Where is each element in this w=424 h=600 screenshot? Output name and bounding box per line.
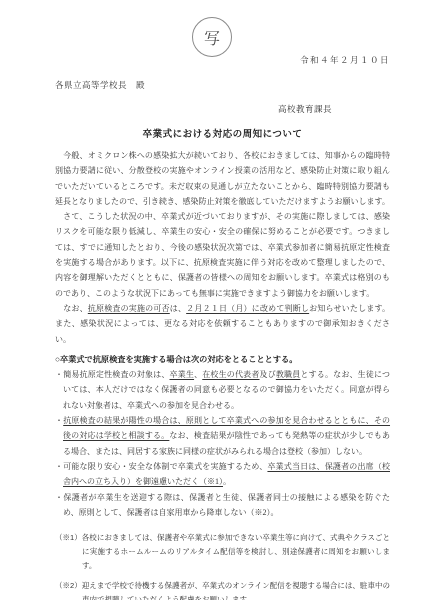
- paragraph-3-text: なお、: [55, 304, 88, 313]
- footnote-1: （※1）各校におきましては、保護者や卒業式に参加できない卒業生等に向けて、式典や…: [55, 531, 390, 573]
- paragraph-3: なお、抗原検査の実施の可否は、２月２１日（月）に改めて判断しお知らせいたします。…: [55, 301, 390, 347]
- bullet-item-pickup: ・保護者が卒業生を送迎する際は、保護者と生徒、保護者同士の接触による感染を防ぐた…: [55, 490, 390, 521]
- section-heading: ○卒業式で抗原検査を実施する場合は次の対応をとることとする。: [55, 352, 390, 367]
- footnote-2: （※2）迎えまで学校で待機する保護者が、卒業式のオンライン配信を視聴する場合には…: [55, 579, 390, 600]
- sender-line: 高校教育課長: [55, 104, 390, 115]
- footnote-text: 迎えまで学校で待機する保護者が、卒業式のオンライン配信を視聴する場合には、駐車中…: [82, 581, 390, 600]
- bullet-underlined-text: 卒業生: [170, 370, 195, 379]
- bullet-text: 可能な限り安心・安全な体制で卒業式を実施するため、: [63, 462, 267, 471]
- footnote-marker: （※2）: [55, 581, 82, 590]
- copy-stamp-label: 写: [204, 26, 220, 49]
- bullet-text: 保護者が卒業生を送迎する際は、保護者と生徒、保護者同士の接触による感染を防ぐため…: [63, 493, 390, 517]
- bullet-marker: ・: [55, 370, 63, 379]
- bullet-underlined-text: 教職員: [276, 370, 301, 379]
- bullet-marker: ・: [55, 416, 63, 425]
- document-page: 写 令和４年２月１０日 各県立高等学校長 殿 高校教育課長 卒業式における対応の…: [0, 0, 424, 600]
- recipient-line: 各県立高等学校長 殿: [55, 80, 390, 91]
- bullet-text: 及び: [260, 370, 276, 379]
- bullet-text: 。: [223, 477, 231, 486]
- document-title: 卒業式における対応の周知について: [55, 126, 390, 140]
- bullet-item-positive-result: ・抗原検査の結果が陽性の場合は、原則として卒業式への参加を見合わせるとともに、そ…: [55, 413, 390, 459]
- bullet-list: ・簡易抗原定性検査の対象は、卒業生、在校生の代表者及び教職員とする。なお、生徒に…: [55, 367, 390, 520]
- footnote-marker: （※1）: [55, 533, 82, 542]
- paragraph-3-underlined-text: 抗原検査の実施の可否: [88, 304, 170, 313]
- paragraph-2: さて、こうした状況の中、卒業式が近づいておりますが、その実施に際しましては、感染…: [55, 209, 390, 301]
- bullet-item-test-targets: ・簡易抗原定性検査の対象は、卒業生、在校生の代表者及び教職員とする。なお、生徒に…: [55, 367, 390, 413]
- bullet-underlined-text: 在校生の代表者: [202, 370, 259, 379]
- footnotes: （※1）各校におきましては、保護者や卒業式に参加できない卒業生等に向けて、式典や…: [55, 531, 390, 600]
- bullet-item-parent-attendance: ・可能な限り安心・安全な体制で卒業式を実施するため、卒業式当日は、保護者の出席（…: [55, 459, 390, 490]
- paragraph-1: 今般、オミクロン株への感染拡大が続いており、各校におきましては、知事からの臨時特…: [55, 148, 390, 209]
- copy-stamp: 写: [192, 17, 232, 57]
- bullet-text: 簡易抗原定性検査の対象は、: [63, 370, 169, 379]
- bullet-marker: ・: [55, 462, 63, 471]
- paragraph-3-underlined-date: ２月２１日（月）に改めて判断し: [186, 304, 309, 313]
- paragraph-3-text: は、: [170, 304, 186, 313]
- footnote-text: 各校におきましては、保護者や卒業式に参加できない卒業生等に向けて、式典やクラスご…: [82, 533, 390, 570]
